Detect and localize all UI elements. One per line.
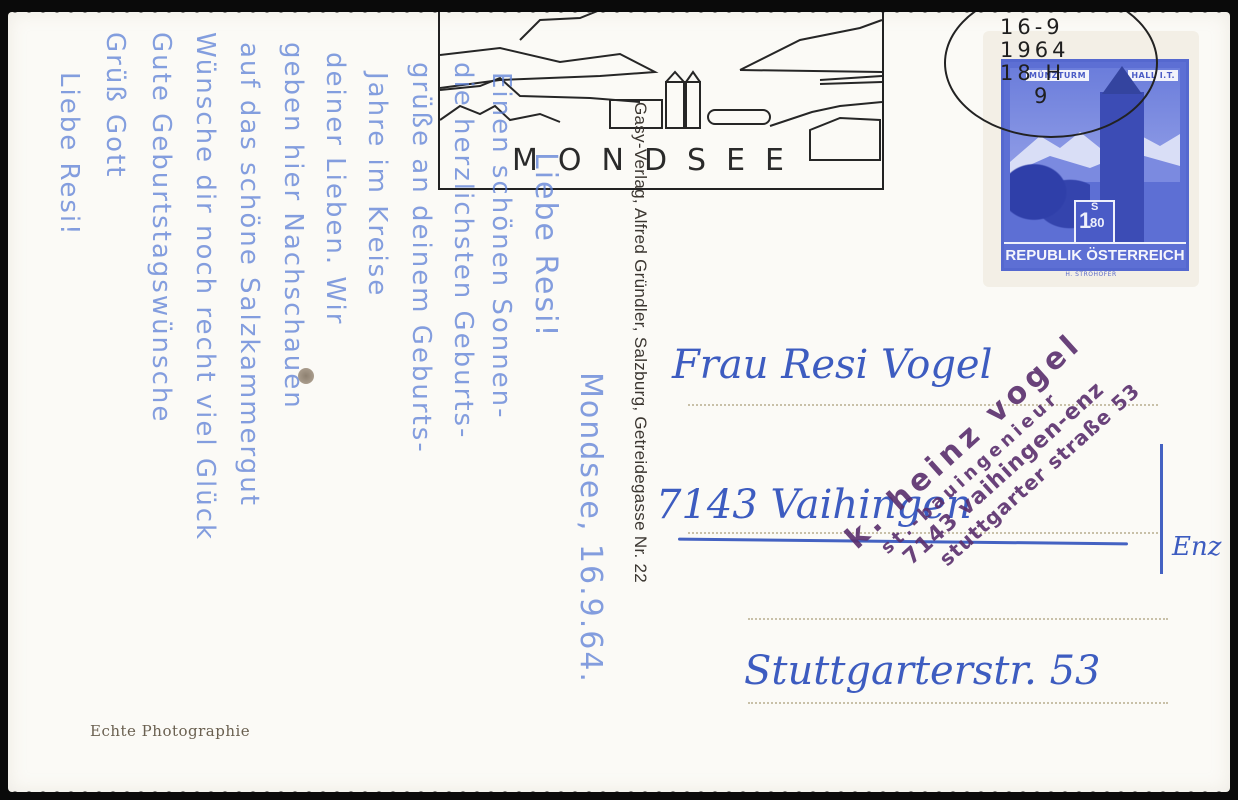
address-street: Stuttgarterstr. 53 xyxy=(744,648,1100,694)
postmark-text: 16-9 1964 18 H 9 xyxy=(1000,16,1069,108)
stamp-value-currency: S xyxy=(1091,200,1098,214)
message-line: Wünsche dir noch recht viel Glück xyxy=(190,32,220,541)
stamp-value-minor: 80 xyxy=(1090,216,1104,230)
message-greeting: Liebe Resi! xyxy=(528,152,563,339)
address-city-suffix: Enz xyxy=(1172,532,1221,562)
postcard-back: MONDSEE Gasy-Verlag, Alfred Gründler, Sa… xyxy=(8,12,1230,792)
paper-stain xyxy=(298,368,314,384)
address-divider-mark xyxy=(1160,444,1163,574)
postmark-hour: 18 H xyxy=(1000,62,1069,85)
stamp-denomination: 1 S 80 xyxy=(1074,200,1115,244)
message-line: geben hier Nachschauen xyxy=(278,42,308,410)
postmark-date: 16-9 xyxy=(1000,16,1069,39)
message-line: Grüß Gott xyxy=(100,32,130,178)
message-line: Liebe Resi! xyxy=(54,72,84,237)
address-rule-4 xyxy=(748,702,1168,704)
address-rule-3 xyxy=(748,618,1168,620)
message-place-date: Mondsee, 16.9.64. xyxy=(573,372,608,684)
message-line: Gute Geburtstagswünsche xyxy=(146,32,176,423)
publisher-imprint: Gasy-Verlag, Alfred Gründler, Salzburg, … xyxy=(630,102,650,583)
photo-print-label: Echte Photographie xyxy=(90,722,250,740)
postmark-code: 9 xyxy=(1034,85,1069,108)
message-line: auf das schöne Salzkammergut xyxy=(234,42,264,507)
message-line: Einen schönen Sonnen- xyxy=(486,72,516,420)
address-recipient: Frau Resi Vogel xyxy=(672,342,992,388)
message-line: deiner Lieben. Wir xyxy=(320,52,350,325)
message-line: grüße an deinem Geburts- xyxy=(406,62,436,454)
message-line: Jahre im Kreise xyxy=(362,72,392,297)
stamp-country: REPUBLIK ÖSTERREICH xyxy=(1004,242,1186,268)
stamp-designer: H. STROHOFER xyxy=(986,271,1196,278)
postmark-year: 1964 xyxy=(1000,39,1069,62)
message-line: die herzlichsten Geburts- xyxy=(448,62,478,439)
